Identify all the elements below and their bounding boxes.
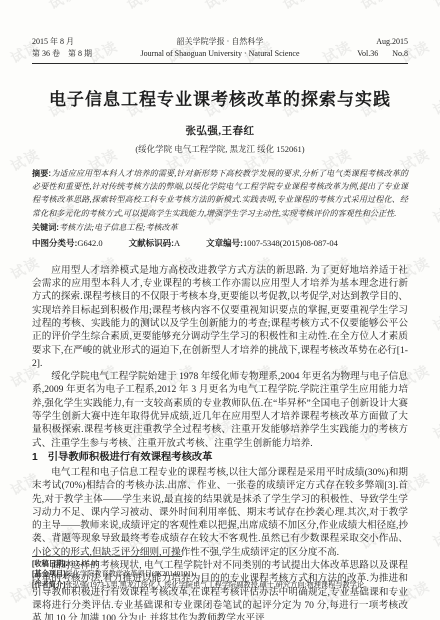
footnote-text: 2015-06-05: [66, 560, 100, 568]
footnote-divider: [32, 556, 182, 557]
article-affiliation: (绥化学院 电气工程学院, 黑龙江 绥化 152061): [32, 143, 408, 155]
page-content: 2015 年 8 月 韶关学院学报 · 自然科学 Aug.2015 第 36 卷…: [0, 0, 440, 620]
journal-header-row-2: 第 36 卷 第 8 期 Journal of Shaoguan Univers…: [32, 48, 408, 60]
journal-header-row-1: 2015 年 8 月 韶关学院学报 · 自然科学 Aug.2015: [32, 36, 408, 48]
doc-code-value: A: [174, 238, 180, 248]
article-authors: 张弘强,王春红: [32, 123, 408, 138]
keywords-text: 考核方法;电子信息工程;考核改革: [59, 223, 178, 232]
body-paragraph-3: 电气工程和电子信息工程专业的课程考核,以往大部分课程是采用平时成绩(30%)和期…: [32, 466, 408, 559]
footnote-row-author-bio: [作者简介]张弘强(1973-),男,黑龙江绥化人,绥化学院电气工程学院副教授,…: [32, 580, 408, 590]
article-no-pair: 文章编号:1007-5348(2015)08-087-04: [206, 237, 338, 250]
section-number: 1: [32, 452, 38, 463]
header-journal-name-en: Journal of Shaoguan University · Natural…: [128, 48, 312, 60]
footnote-text: 绥化学院教育教学改革项目(JK20140101).: [66, 570, 196, 578]
keywords-label: 关键词:: [32, 223, 59, 232]
footnote-row-fund: [基金项目]绥化学院教育教学改革项目(JK20140101).: [32, 569, 408, 579]
header-journal-name-cn: 韶关学院学报 · 自然科学: [128, 36, 312, 48]
scanned-paper-page: 试读试读试读试读试读试读试读试读试读试读试读试读试读试读试读试读试读试读试读试读…: [0, 0, 440, 620]
abstract-block: 摘要:为适应应用型本科人才培养的需要,针对新形势下高校教学发展的要求,分析了电气…: [32, 167, 408, 220]
article-no-value: 1007-5348(2015)08-087-04: [243, 238, 338, 248]
footnote-text: 张弘强(1973-),男,黑龙江绥化人,绥化学院电气工程学院副教授,硕士,研究方…: [66, 581, 366, 589]
header-date-en: Aug.2015: [312, 36, 408, 48]
footnotes: [收稿日期]2015-06-05 [基金项目]绥化学院教育教学改革项目(JK20…: [32, 556, 408, 590]
footnote-label: [基金项目]: [32, 569, 66, 578]
body-paragraph-2: 绥化学院电气工程学院始建于 1978 年绥化师专物理系,2004 年更名为物理与…: [32, 370, 408, 450]
doc-code-label: 文献标识码:: [129, 238, 174, 248]
clc-value: G642.0: [77, 238, 102, 248]
body-paragraph-1: 应用型人才培养模式是地方高校改进教学方式方法的新思路. 为了更好地培养适于社会需…: [32, 264, 408, 370]
abstract-label: 摘要:: [32, 169, 51, 178]
clc-label: 中图分类号:: [32, 238, 77, 248]
article-no-label: 文章编号:: [206, 238, 243, 248]
header-volume-en: Vol.36: [357, 48, 378, 60]
header-volume-issue-cn: 第 36 卷 第 8 期: [32, 48, 128, 60]
journal-header: 2015 年 8 月 韶关学院学报 · 自然科学 Aug.2015 第 36 卷…: [32, 36, 408, 64]
section-heading-1: 1引导教师积极进行有效课程考核改革: [32, 451, 408, 465]
abstract-text: 为适应应用型本科人才培养的需要,针对新形势下高校教学发展的要求,分析了电气类课程…: [32, 169, 408, 218]
header-date-cn: 2015 年 8 月: [32, 36, 128, 48]
footnote-row-received: [收稿日期]2015-06-05: [32, 559, 408, 569]
article-title: 电子信息工程专业课考核改革的探索与实践: [32, 85, 408, 110]
section-title: 引导教师积极进行有效课程考核改革: [48, 452, 213, 463]
footnote-label: [作者简介]: [32, 580, 66, 589]
header-rule: [32, 63, 408, 64]
keywords-row: 关键词:考核方法;电子信息工程;考核改革: [32, 221, 408, 234]
classification-row: 中图分类号:G642.0 文献标识码:A 文章编号:1007-5348(2015…: [32, 237, 408, 250]
footnote-label: [收稿日期]: [32, 559, 66, 568]
clc-pair: 中图分类号:G642.0: [32, 237, 103, 250]
doc-code-pair: 文献标识码:A: [129, 237, 180, 250]
header-issue-en: No.8: [392, 48, 408, 60]
header-volume-issue-en: Vol.36No.8: [312, 48, 408, 60]
